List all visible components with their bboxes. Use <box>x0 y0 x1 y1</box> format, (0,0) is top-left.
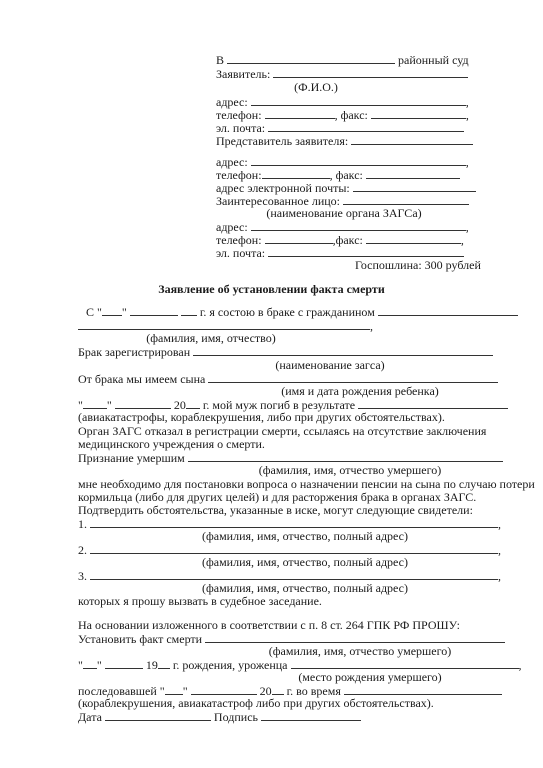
child-field[interactable] <box>208 371 498 383</box>
purpose-text-2: кормильца (либо для других целей) и для … <box>78 490 476 504</box>
applicant-line: Заявитель: <box>216 66 468 80</box>
witness-2-caption: (фамилия, имя, отчество, полный адрес) <box>160 555 450 569</box>
int-fax-field[interactable] <box>366 232 461 244</box>
basis-text: На основании изложенного в соответствии … <box>78 618 460 632</box>
birth-year-field[interactable] <box>158 657 170 669</box>
caption-child: (имя и дата рождения ребенка) <box>230 384 490 398</box>
witness-1-line: 1. , <box>78 516 501 530</box>
applicant-phone-line: телефон: , факс: , <box>216 107 469 121</box>
witness-3-caption: (фамилия, имя, отчество, полный адрес) <box>160 581 450 595</box>
caption-fio: (фамилия, имя, отчество) <box>78 331 344 345</box>
refusal-text-1: Орган ЗАГС отказал в регистрации смерти,… <box>78 424 486 438</box>
followed-line: последовавшей "" 20 г. во время <box>78 683 502 697</box>
caption-deceased-2: (фамилия, имя, отчество умершего) <box>230 644 490 658</box>
representative-field[interactable] <box>351 133 473 145</box>
state-fee: Госпошлина: 300 рублей <box>355 258 481 272</box>
death-date-line: "" 20 г. мой муж погиб в результате <box>78 397 508 411</box>
witness-2-line: 2. , <box>78 542 501 556</box>
interested-line: Заинтересованное лицо: <box>216 193 469 207</box>
applicant-fax-field[interactable] <box>371 107 466 119</box>
birth-day-field[interactable] <box>83 657 97 669</box>
applicant-field[interactable] <box>273 66 468 78</box>
witness-1-caption: (фамилия, имя, отчество, полный адрес) <box>160 529 450 543</box>
death-cause-field[interactable] <box>358 397 508 409</box>
applicant-email-field[interactable] <box>268 120 464 132</box>
establish-line: Установить факт смерти <box>78 631 505 645</box>
applicant-address-line: адрес: , <box>216 94 469 108</box>
witness-1-field[interactable] <box>90 516 498 528</box>
death-month-field[interactable] <box>115 397 171 409</box>
deceased-name-field[interactable] <box>188 450 503 462</box>
rep-address-field[interactable] <box>251 154 466 166</box>
marriage-year-field[interactable] <box>181 304 197 316</box>
witnesses-intro: Подтвердить обстоятельства, указанные в … <box>78 503 473 517</box>
death-year-field[interactable] <box>186 397 200 409</box>
int-address-line: адрес: , <box>216 219 469 233</box>
witnesses-outro: которых я прошу вызвать в судебное засед… <box>78 594 322 608</box>
marriage-day-field[interactable] <box>102 304 122 316</box>
birth-line: "" 19 г. рождения, уроженца , <box>78 657 522 671</box>
witness-3-line: 3. , <box>78 568 501 582</box>
representative-line: Представитель заявителя: <box>216 133 473 147</box>
int-phone-field[interactable] <box>265 232 333 244</box>
followed-day-field[interactable] <box>165 683 183 695</box>
rep-phone-line: телефон:, факс: <box>216 167 460 181</box>
date-field[interactable] <box>105 709 211 721</box>
applicant-address-field[interactable] <box>251 94 466 106</box>
interested-caption: (наименование органа ЗАГСа) <box>216 206 472 220</box>
fio-caption: (Ф.И.О.) <box>216 80 416 94</box>
date-signature-line: Дата Подпись <box>78 709 361 723</box>
birthplace-field[interactable] <box>291 657 519 669</box>
recognize-line: Признание умершим <box>78 450 503 464</box>
marriage-month-field[interactable] <box>130 304 178 316</box>
caption-birthplace: (место рождения умершего) <box>260 670 480 684</box>
spouse-name-field-2[interactable] <box>78 318 370 330</box>
interested-field[interactable] <box>343 193 469 205</box>
spouse-name-line2: , <box>78 318 373 332</box>
int-phone-line: телефон: ,факс: , <box>216 232 464 246</box>
applicant-phone-field[interactable] <box>265 107 335 119</box>
marriage-registered-line: Брак зарегистрирован <box>78 344 493 358</box>
rep-email-line: адрес электронной почты: <box>216 180 476 194</box>
followed-month-field[interactable] <box>191 683 257 695</box>
court-line: В районный суд <box>216 52 469 66</box>
int-email-line: эл. почта: <box>216 245 464 259</box>
death-caption: (авиакатастрофы, кораблекрушения, либо п… <box>78 410 445 424</box>
son-line: От брака мы имеем сына <box>78 371 498 385</box>
birth-month-field[interactable] <box>105 657 143 669</box>
caption-deceased: (фамилия, имя, отчество умершего) <box>200 463 500 477</box>
court-name-field[interactable] <box>227 52 395 64</box>
signature-field[interactable] <box>261 709 361 721</box>
spouse-name-field[interactable] <box>378 304 518 316</box>
witness-3-field[interactable] <box>90 568 498 580</box>
document-title: Заявление об установлении факта смерти <box>0 282 543 296</box>
death-day-field[interactable] <box>83 397 107 409</box>
rep-phone-field[interactable] <box>262 167 330 179</box>
int-email-field[interactable] <box>268 245 464 257</box>
applicant-email-line: эл. почта: <box>216 120 464 134</box>
witness-2-field[interactable] <box>90 542 498 554</box>
followed-circumstances-field[interactable] <box>344 683 502 695</box>
purpose-text-1: мне необходимо для постановки вопроса о … <box>78 477 535 491</box>
rep-fax-field[interactable] <box>366 167 460 179</box>
zags-name-field[interactable] <box>193 344 493 356</box>
caption-zags: (наименование загса) <box>230 358 430 372</box>
establish-name-field[interactable] <box>205 631 505 643</box>
int-address-field[interactable] <box>251 219 466 231</box>
followed-year-field[interactable] <box>272 683 284 695</box>
refusal-text-2: медицинского учреждения о смерти. <box>78 437 265 451</box>
rep-email-field[interactable] <box>353 180 476 192</box>
rep-address-line: адрес: , <box>216 154 469 168</box>
followed-caption: (кораблекрушения, авиакатастроф либо при… <box>78 696 434 710</box>
marriage-date-line: С "" г. я состою в браке с гражданином <box>86 304 518 318</box>
